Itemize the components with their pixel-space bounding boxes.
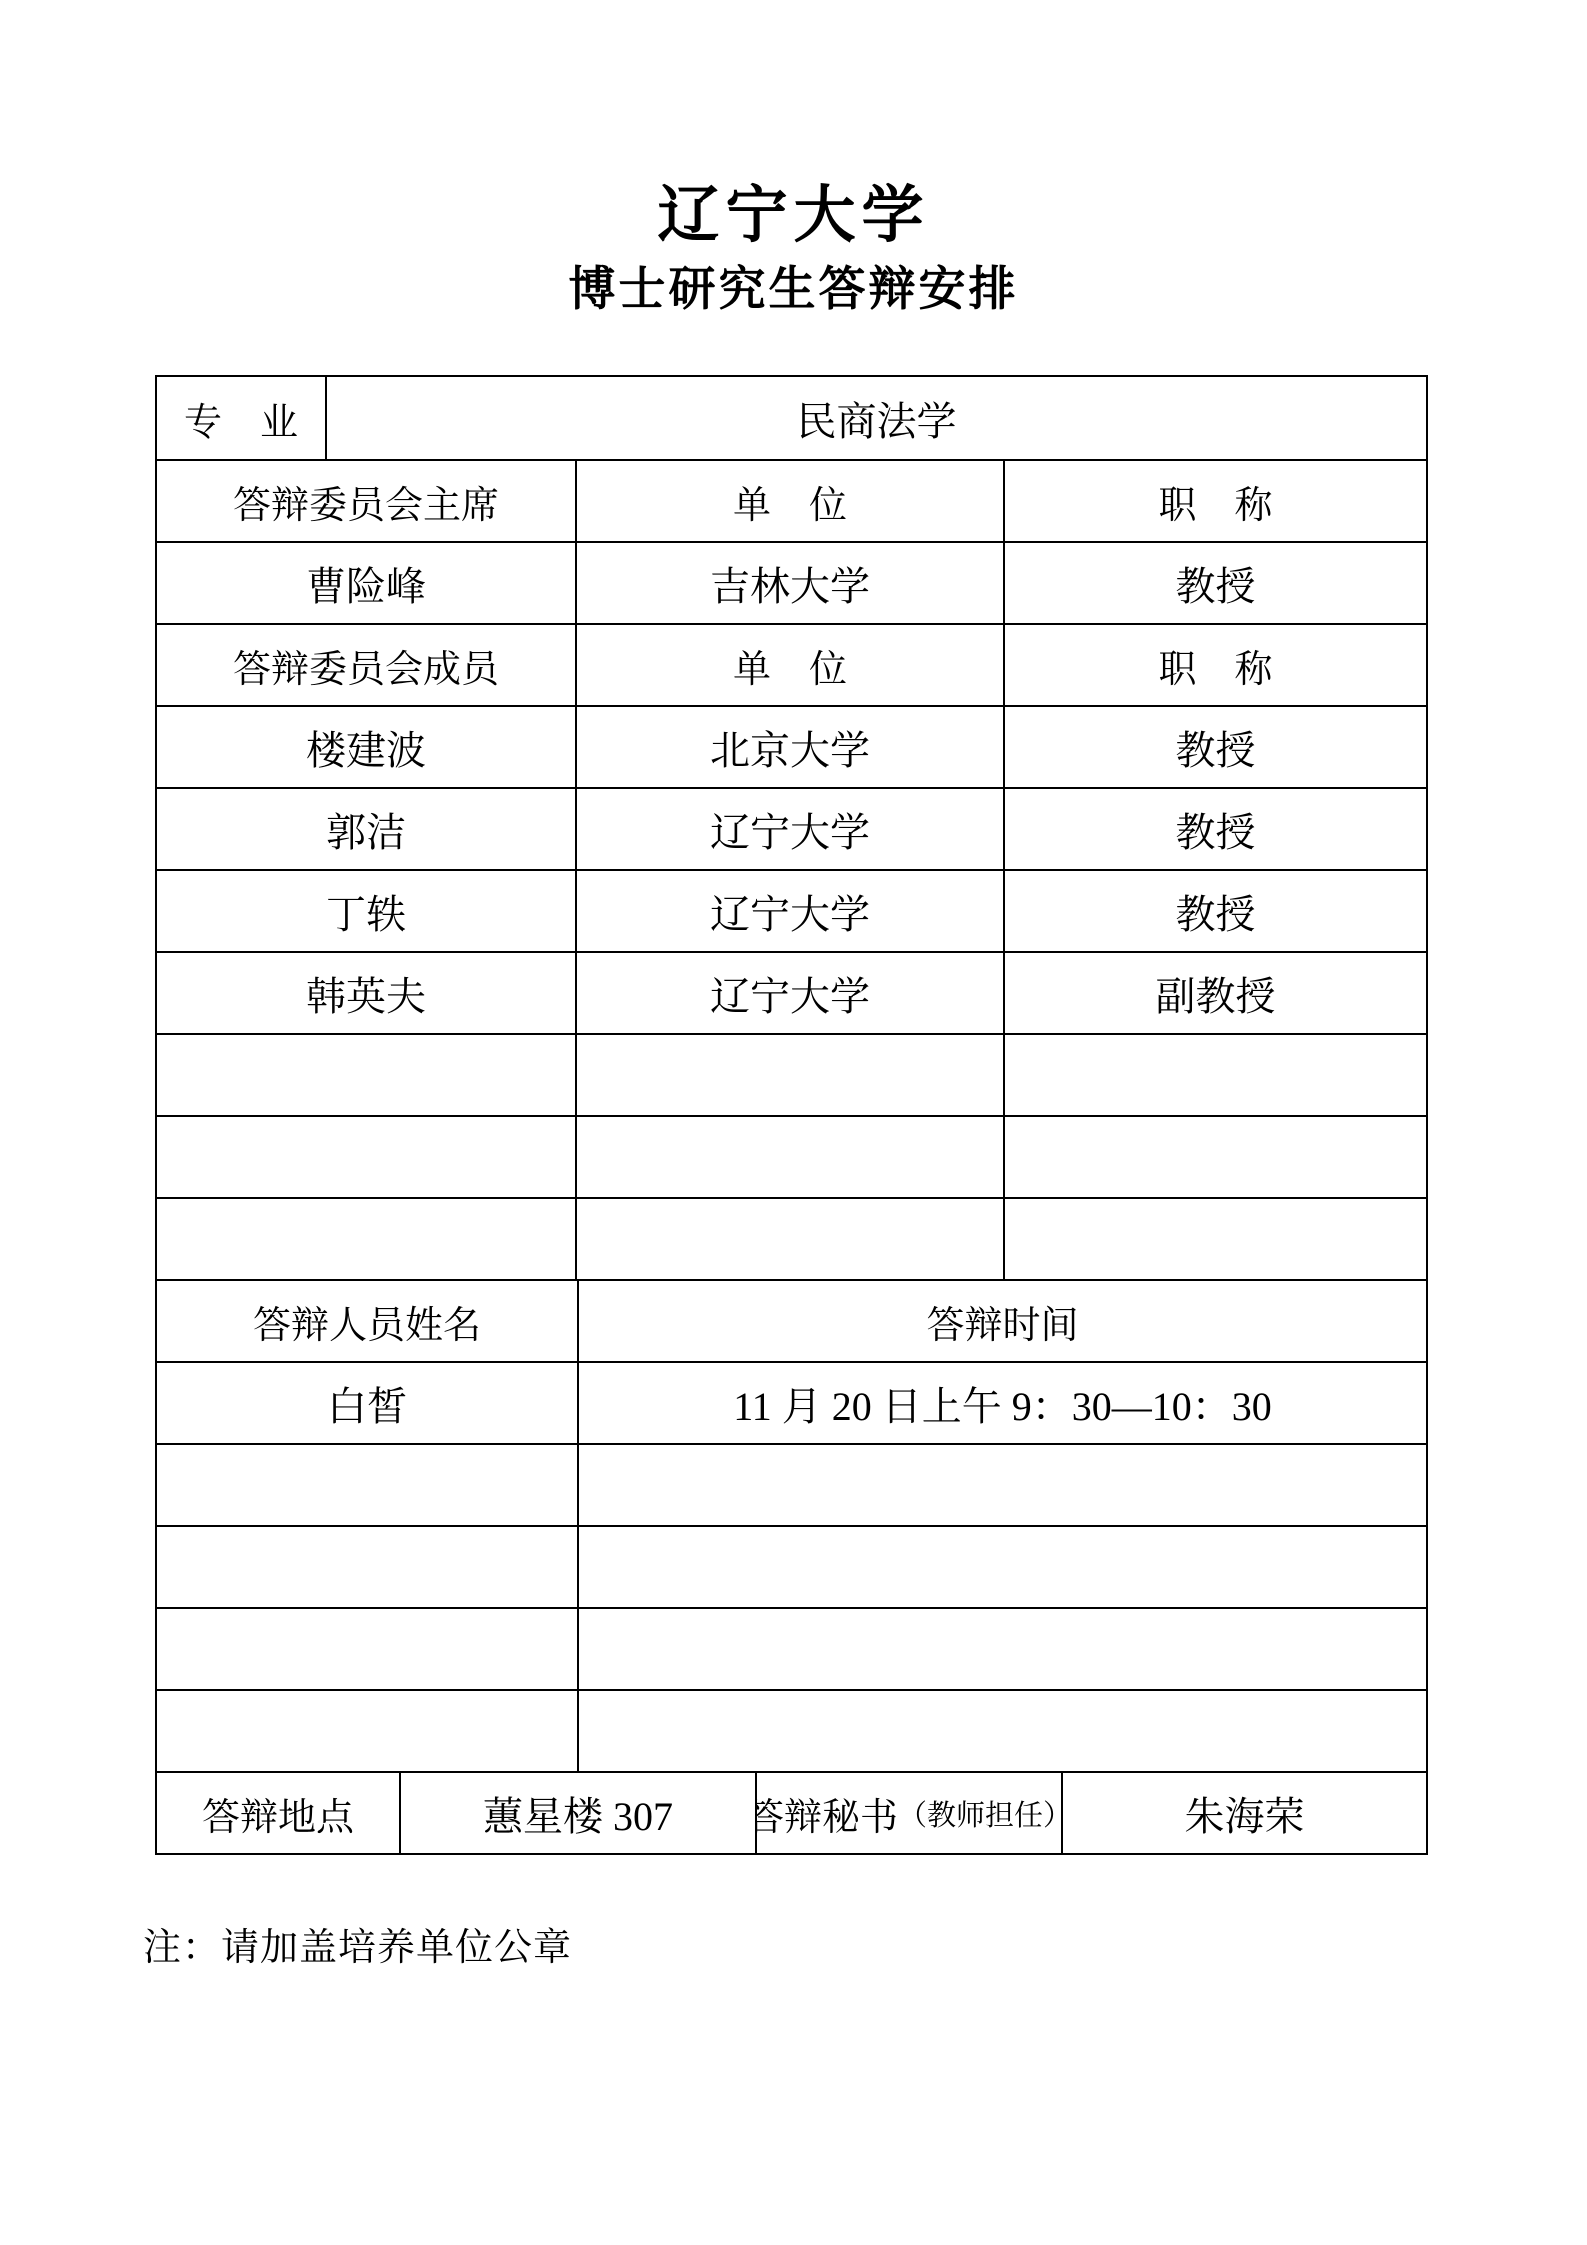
member-name: 丁轶	[157, 871, 575, 951]
major-row: 专 业 民商法学	[157, 377, 1426, 459]
defense-row: 白皙 11 月 20 日上午 9：30—10：30	[157, 1361, 1426, 1443]
chair-header-row: 答辩委员会主席 单 位 职 称	[157, 459, 1426, 541]
member-unit: 北京大学	[575, 707, 1003, 787]
empty-cell	[575, 1117, 1003, 1197]
empty-cell	[577, 1609, 1426, 1689]
empty-defense-row	[157, 1607, 1426, 1689]
empty-member-row	[157, 1197, 1426, 1279]
empty-cell	[157, 1199, 575, 1279]
chair-unit: 吉林大学	[575, 543, 1003, 623]
defense-time-header: 答辩时间	[577, 1281, 1426, 1361]
member-unit: 辽宁大学	[575, 871, 1003, 951]
chair-title: 教授	[1003, 543, 1426, 623]
empty-cell	[157, 1691, 577, 1771]
unit-header: 单 位	[575, 625, 1003, 705]
empty-cell	[577, 1527, 1426, 1607]
page-subtitle: 博士研究生答辩安排	[0, 262, 1587, 316]
footer-row: 答辩地点 蕙星楼 307 答辩秘书（教师担任） 朱海荣	[157, 1771, 1426, 1853]
empty-cell	[157, 1527, 577, 1607]
major-value: 民商法学	[325, 377, 1426, 459]
member-title: 教授	[1003, 707, 1426, 787]
empty-cell	[157, 1445, 577, 1525]
secretary-value: 朱海荣	[1061, 1773, 1426, 1853]
member-title: 教授	[1003, 789, 1426, 869]
defense-time: 11 月 20 日上午 9：30—10：30	[577, 1363, 1426, 1443]
empty-cell	[157, 1035, 575, 1115]
chair-row: 曹险峰 吉林大学 教授	[157, 541, 1426, 623]
title-header: 职 称	[1003, 461, 1426, 541]
chair-name: 曹险峰	[157, 543, 575, 623]
location-label: 答辩地点	[157, 1773, 399, 1853]
member-row: 韩英夫 辽宁大学 副教授	[157, 951, 1426, 1033]
empty-cell	[577, 1445, 1426, 1525]
empty-cell	[1003, 1035, 1426, 1115]
empty-cell	[1003, 1199, 1426, 1279]
secretary-label-cell: 答辩秘书（教师担任）	[755, 1773, 1061, 1853]
defender-name-header: 答辩人员姓名	[157, 1281, 577, 1361]
member-header-row: 答辩委员会成员 单 位 职 称	[157, 623, 1426, 705]
empty-cell	[575, 1035, 1003, 1115]
empty-defense-row	[157, 1689, 1426, 1771]
member-title: 副教授	[1003, 953, 1426, 1033]
major-label: 专 业	[157, 377, 325, 459]
member-row: 郭洁 辽宁大学 教授	[157, 787, 1426, 869]
defense-header-row: 答辩人员姓名 答辩时间	[157, 1279, 1426, 1361]
empty-cell	[157, 1117, 575, 1197]
empty-cell	[1003, 1117, 1426, 1197]
member-unit: 辽宁大学	[575, 953, 1003, 1033]
empty-defense-row	[157, 1443, 1426, 1525]
location-value: 蕙星楼 307	[399, 1773, 755, 1853]
empty-cell	[157, 1609, 577, 1689]
secretary-label: 答辩秘书	[755, 1786, 898, 1841]
empty-defense-row	[157, 1525, 1426, 1607]
member-row: 楼建波 北京大学 教授	[157, 705, 1426, 787]
empty-member-row	[157, 1115, 1426, 1197]
page-title: 辽宁大学	[0, 182, 1587, 250]
member-name: 韩英夫	[157, 953, 575, 1033]
member-name: 郭洁	[157, 789, 575, 869]
stamp-note: 注：请加盖培养单位公章	[143, 1916, 572, 1971]
empty-member-row	[157, 1033, 1426, 1115]
defense-arrangement-table: 专 业 民商法学 答辩委员会主席 单 位 职 称 曹险峰 吉林大学 教授 答辩委…	[155, 375, 1428, 1855]
empty-cell	[577, 1691, 1426, 1771]
member-role-header: 答辩委员会成员	[157, 625, 575, 705]
secretary-note: （教师担任）	[898, 1793, 1061, 1834]
empty-cell	[575, 1199, 1003, 1279]
member-title: 教授	[1003, 871, 1426, 951]
unit-header: 单 位	[575, 461, 1003, 541]
member-row: 丁轶 辽宁大学 教授	[157, 869, 1426, 951]
defender-name: 白皙	[157, 1363, 577, 1443]
chair-role-header: 答辩委员会主席	[157, 461, 575, 541]
member-name: 楼建波	[157, 707, 575, 787]
member-unit: 辽宁大学	[575, 789, 1003, 869]
title-header: 职 称	[1003, 625, 1426, 705]
